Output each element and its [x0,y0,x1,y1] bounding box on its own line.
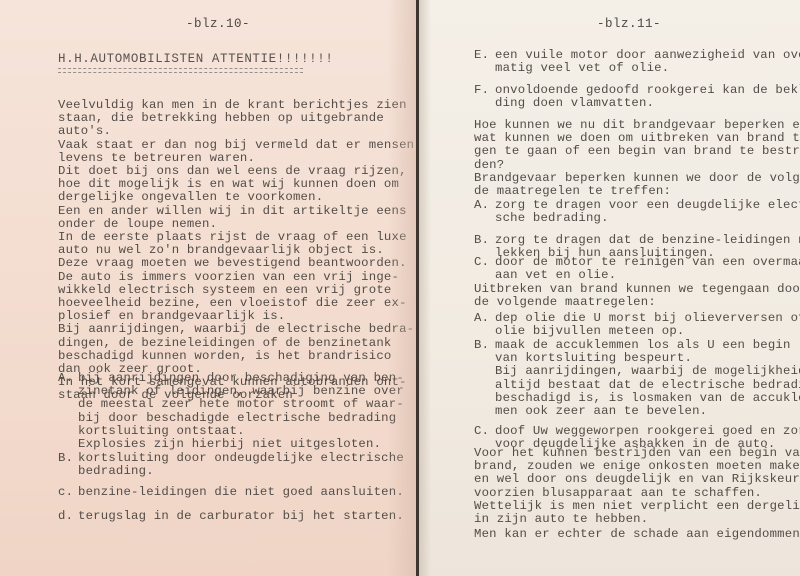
list-item-label: d. [58,510,73,523]
list-item-text: door de motor te reinigen van een overma… [495,256,800,282]
list-item-text: onvoldoende gedoofd rookgerei kan de bek… [495,84,800,110]
list-item-text: een vuile motor door aanwezigheid van ov… [495,49,800,75]
list-item-text: zorg te dragen voor een deugdelijke elec… [495,199,800,225]
list-item-label: C. [474,256,489,269]
list-item-text: maak de accuklemmen los als U een begin … [495,339,800,418]
page-number: -blz.11- [597,17,661,31]
closing-paragraph: Men kan er echter de schade aan eigendom… [474,528,800,541]
list-item-label: B. [474,234,489,247]
list-item-label: A. [474,199,489,212]
list-item-text: terugslag in de carburator bij het start… [78,510,404,523]
page-number: -blz.10- [186,17,250,31]
list-item-label: E. [474,49,489,62]
left-page: -blz.10- H.H.AUTOMOBILISTEN ATTENTIE!!!!… [0,0,417,576]
heading-double-underline [58,68,303,73]
list-item-label: A. [58,372,73,385]
list-item-label: B. [474,339,489,352]
right-page: -blz.11- E. een vuile motor door aanwezi… [419,0,800,576]
list-item-label: c. [58,486,73,499]
list-item-text: dep olie die U morst bij olieverversen o… [495,312,800,338]
question-paragraph: Hoe kunnen we nu dit brandgevaar beperke… [474,119,800,198]
prevention-paragraph: Uitbreken van brand kunnen we tegengaan … [474,283,800,309]
extinguisher-paragraph: Voor het kunnen bestrijden van een begin… [474,447,800,526]
list-item-label: A. [474,312,489,325]
article-heading: H.H.AUTOMOBILISTEN ATTENTIE!!!!!!! [58,52,333,66]
list-item-text: kortsluiting door ondeugdelijke electris… [78,452,404,478]
list-item-label: F. [474,84,489,97]
intro-paragraph: Veelvuldig kan men in de krant berichtje… [58,99,417,403]
list-item-text: benzine-leidingen die niet goed aansluit… [78,486,404,499]
list-item-label: B. [58,452,73,465]
list-item-label: C. [474,425,489,438]
list-item-text: bij aanrijdingen door beschadiging van b… [78,372,404,451]
